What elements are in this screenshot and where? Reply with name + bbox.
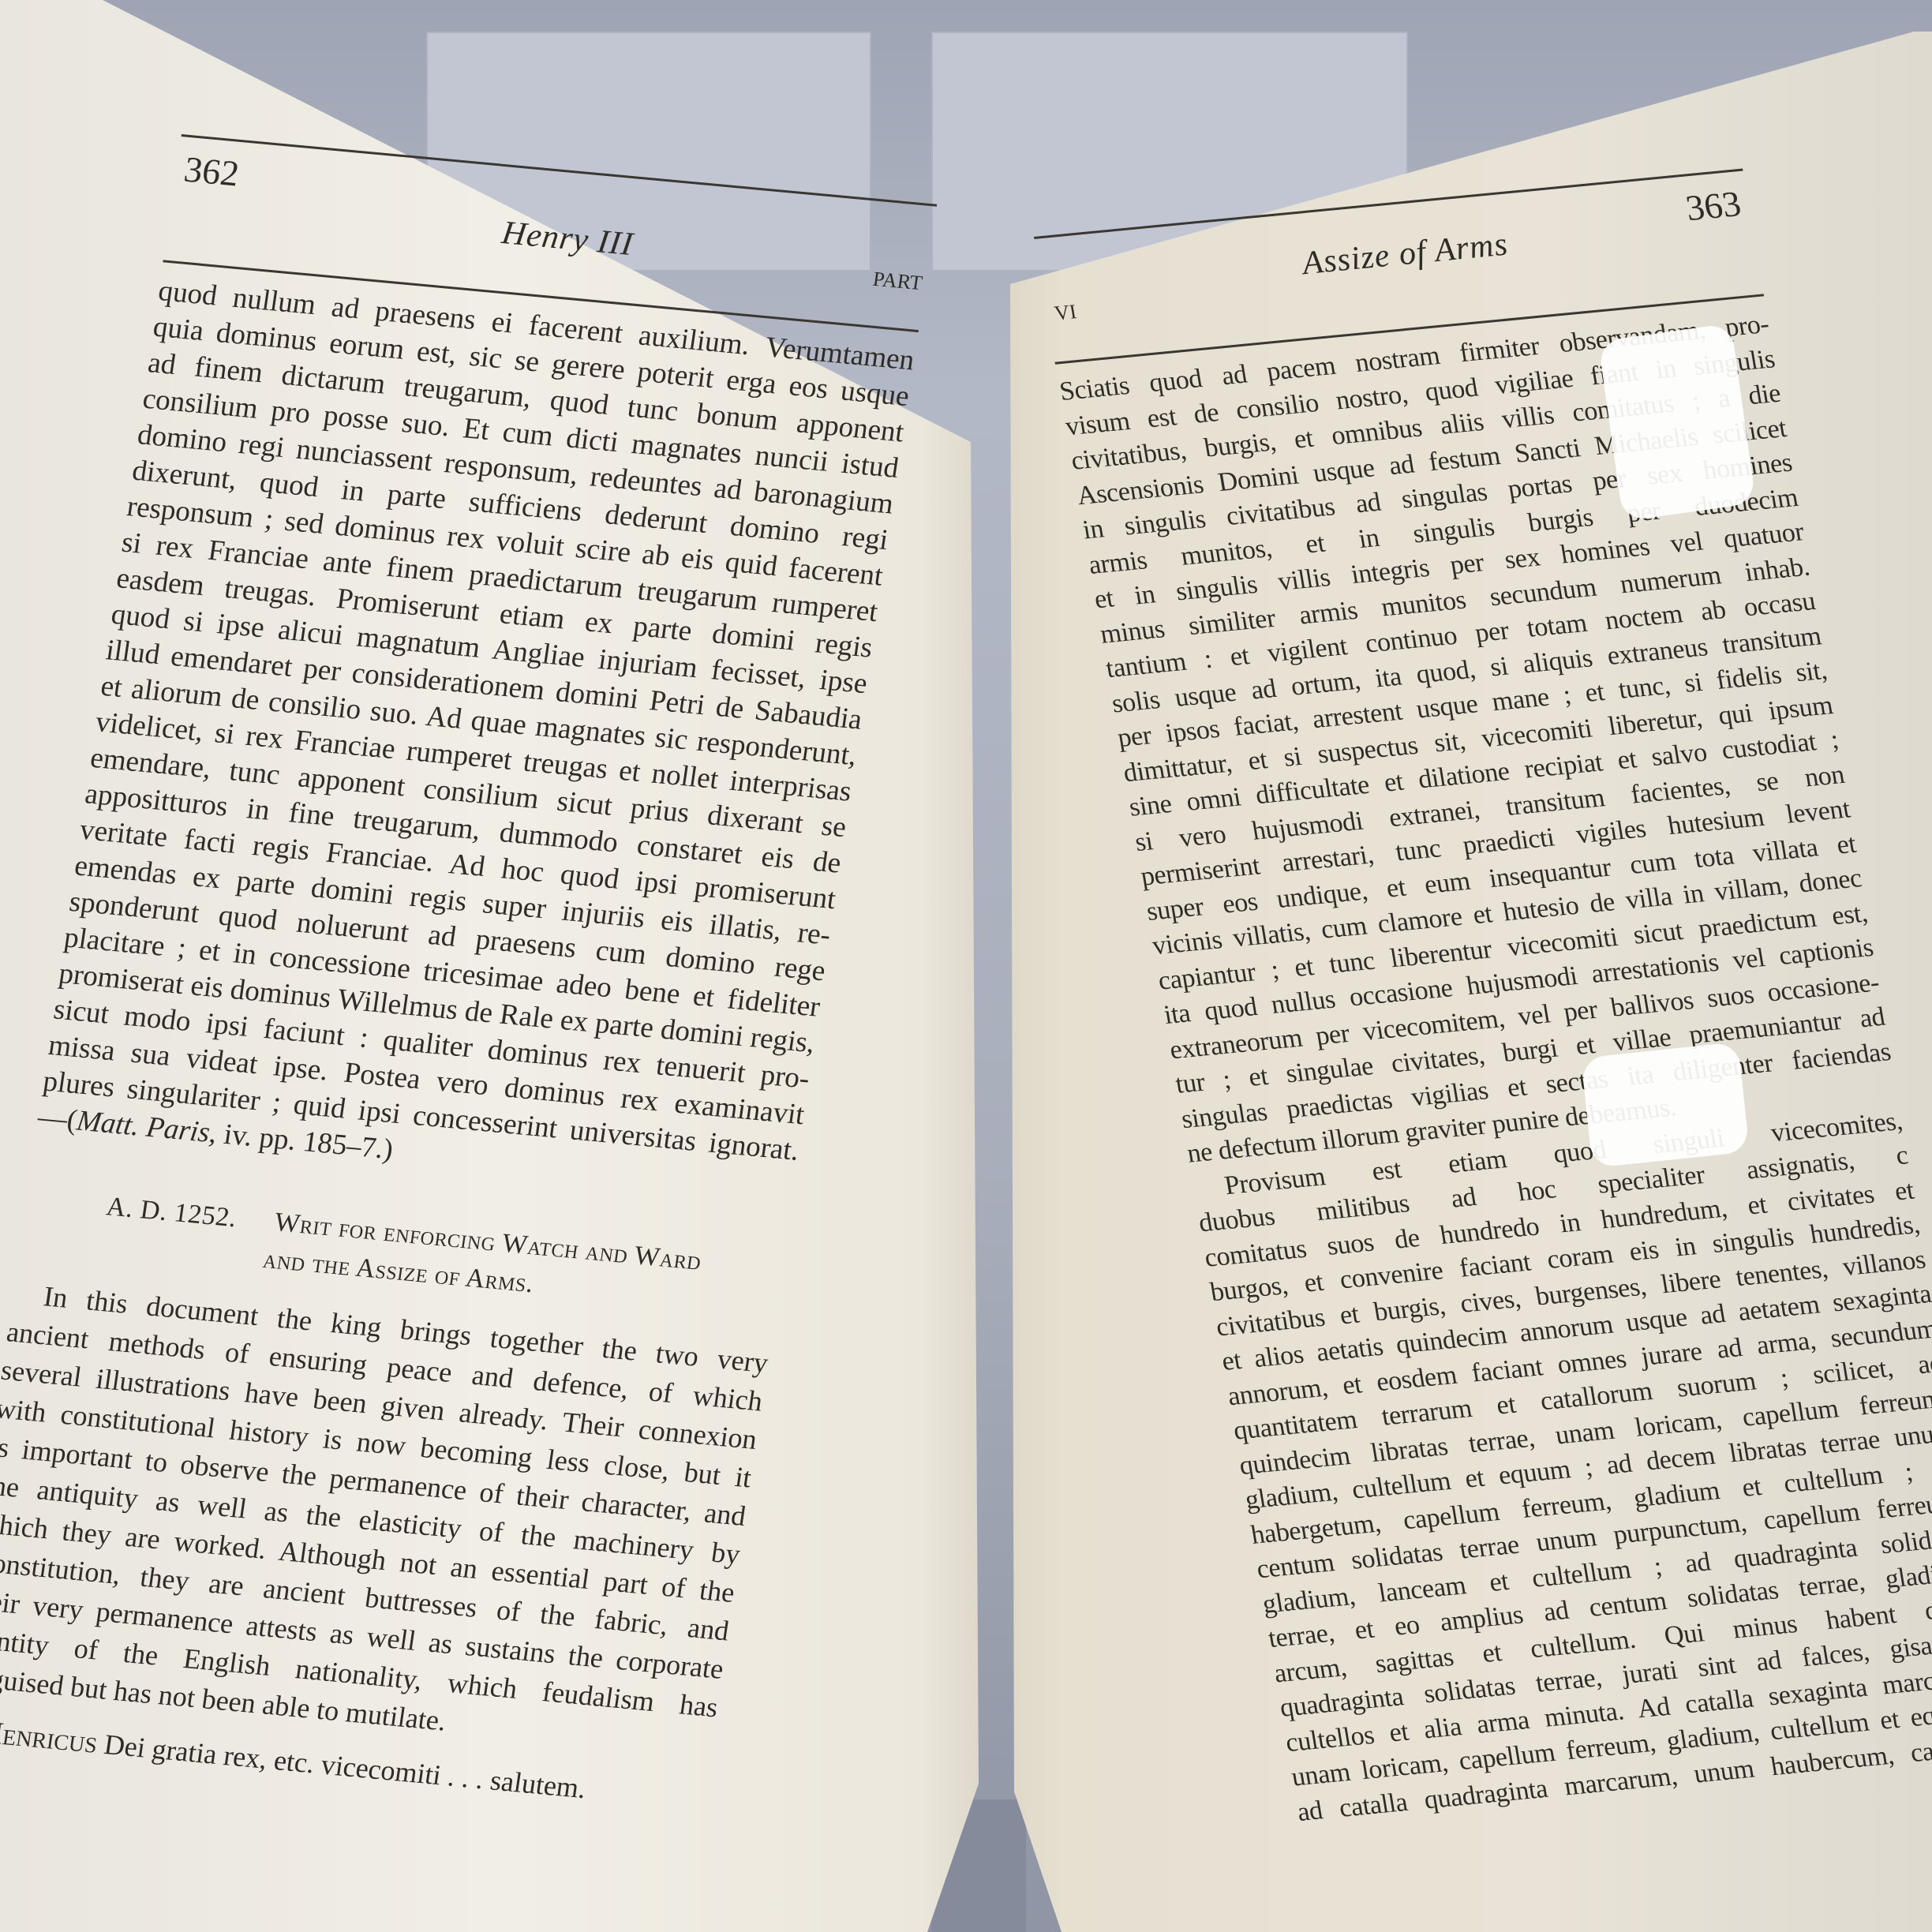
- running-title-left: Henry III: [500, 214, 636, 264]
- glass-glare-middle: [1581, 1042, 1750, 1168]
- heading-year: A. D. 1252.: [104, 1192, 238, 1233]
- page-number-right: 363: [1683, 182, 1744, 229]
- part-label: PART: [871, 268, 924, 295]
- part-number: VI: [1053, 300, 1078, 325]
- running-title-right: Assize of Arms: [1299, 226, 1511, 283]
- editorial-introduction: In this document the king brings togethe…: [0, 1275, 770, 1765]
- page-number-left: 362: [182, 148, 241, 195]
- citation-prefix: —(: [36, 1101, 79, 1136]
- provisum-text: Provisum est etiam quod singuli vicecomi…: [1190, 1104, 1932, 1830]
- quoted-passage: quod nullum ad praesens ei facerent auxi…: [36, 273, 917, 1205]
- glass-glare-upper: [1598, 323, 1756, 521]
- salutation-name: Henricus: [0, 1714, 100, 1760]
- writ-text: Sciatis quod ad pacem nostram firmiter o…: [1057, 307, 1899, 1172]
